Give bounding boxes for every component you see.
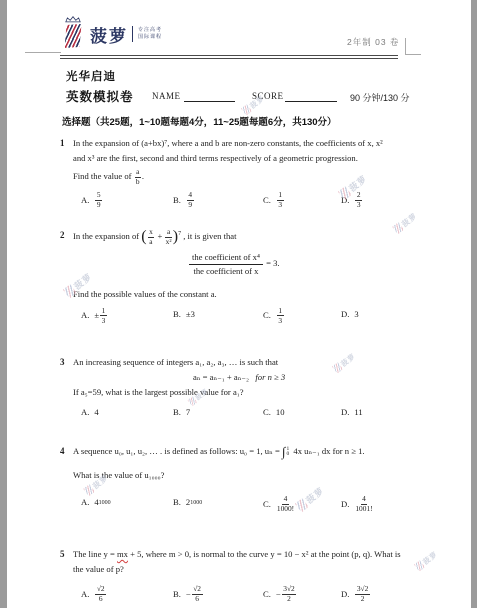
option-d: D.23 <box>341 191 363 209</box>
option-c: C.−3√22 <box>263 585 297 603</box>
question-text: In the expansion of (a+bx)⁷, where a and… <box>73 136 448 151</box>
question-number: 2 <box>60 228 65 243</box>
question-1: 1 In the expansion of (a+bx)⁷, where a a… <box>60 136 448 211</box>
question-number: 3 <box>60 355 65 370</box>
corner-cropmark-vertical <box>405 38 406 55</box>
options-row: A.4 B.7 C.10 D.11 <box>73 405 448 425</box>
option-a: A.41000 <box>81 495 111 510</box>
option-a: A.±13 <box>81 307 108 325</box>
name-label: NAME <box>152 91 181 101</box>
option-d: D.3√22 <box>341 585 371 603</box>
option-fraction: 13 <box>100 307 107 325</box>
header-double-rule <box>60 55 398 59</box>
logo-divider <box>132 26 133 42</box>
option-b: B.±3 <box>173 307 195 322</box>
options-row: A.±13 B.±3 C.13 D.3 <box>73 307 448 327</box>
header-boundary-tick <box>25 52 61 53</box>
recurrence-equation: aₙ = aₙ₋₁ + aₙ₋₂ for n ≥ 3 <box>193 370 448 385</box>
question-text: In the expansion of (xa + ax²)7 , it is … <box>73 228 448 246</box>
displayed-equation: the coefficient of x⁴the coefficient of … <box>188 252 448 277</box>
exponent: 7 <box>178 231 181 237</box>
options-row: A.√26 B.−√26 C.−3√22 D.3√22 <box>73 585 448 605</box>
question-2: 2 In the expansion of (xa + ax²)7 , it i… <box>60 228 448 327</box>
name-blank-line <box>184 101 235 102</box>
option-fraction: √26 <box>192 585 203 603</box>
question-text: What is the value of u₁₀₀₀? <box>73 468 448 483</box>
option-d: D.3 <box>341 307 359 322</box>
option-d: D.11 <box>341 405 363 420</box>
option-b: B.7 <box>173 405 190 420</box>
option-fraction: √26 <box>95 585 106 603</box>
option-a: A.4 <box>81 405 99 420</box>
question-5: 5 The line y = mx + 5, where m > 0, is n… <box>60 547 448 605</box>
score-blank-line <box>285 101 337 102</box>
corner-cropmark-horizontal <box>405 54 421 55</box>
option-b: B.−√26 <box>173 585 204 603</box>
paper-title: 英数模拟卷 <box>66 87 134 105</box>
option-fraction: 49 <box>187 191 194 209</box>
question-text: the value of p? <box>73 562 448 577</box>
question-number: 4 <box>60 444 65 459</box>
options-row: A.59 B.49 C.13 D.23 <box>73 191 448 211</box>
score-label: SCORE <box>252 91 284 101</box>
org-title: 光华启迪 <box>66 68 116 84</box>
duration-label: 90 分钟/130 分 <box>350 91 410 104</box>
option-fraction: 23 <box>355 191 362 209</box>
tagline-line2: 国际课程 <box>138 34 162 41</box>
question-text: Find the possible values of the constant… <box>73 287 448 302</box>
question-4: 4 A sequence u₀, u₁, u₂, … . is defined … <box>60 444 448 515</box>
spellcheck-squiggle-text: mx <box>117 549 128 559</box>
option-fraction: 13 <box>277 307 284 325</box>
option-fraction: 41001! <box>355 495 372 513</box>
fraction-x-over-a: xa <box>148 228 155 246</box>
fraction-a-over-x2: ax² <box>165 228 171 246</box>
option-fraction: 59 <box>95 191 102 209</box>
question-text: An increasing sequence of integers a₁, a… <box>73 355 448 370</box>
option-fraction: 13 <box>277 191 284 209</box>
integral-expression: ∫ 10 <box>282 447 291 458</box>
question-text: Find the value of ab. <box>73 168 448 186</box>
options-row: A.41000 B.21000 C.41000! D.41001! <box>73 495 448 515</box>
paper-title-row: 英数模拟卷 NAME SCORE 90 分钟/130 分 <box>66 87 426 103</box>
logo-crown-icon <box>65 16 81 23</box>
question-number: 1 <box>60 136 65 151</box>
option-c: C.10 <box>263 405 284 420</box>
question-text: If a₅=59, what is the largest possible v… <box>73 385 448 400</box>
option-d: D.41001! <box>341 495 374 513</box>
coefficient-ratio-fraction: the coefficient of x⁴the coefficient of … <box>189 252 263 277</box>
integral-sign: ∫ <box>282 447 286 457</box>
option-fraction: 41000! <box>277 495 294 513</box>
option-a: A.59 <box>81 191 103 209</box>
option-b: B.49 <box>173 191 195 209</box>
option-b: B.21000 <box>173 495 202 510</box>
question-text: and x³ are the first, second and third t… <box>73 151 448 166</box>
question-number: 5 <box>60 547 65 562</box>
option-fraction: 3√22 <box>282 585 296 603</box>
question-3: 3 An increasing sequence of integers a₁,… <box>60 355 448 425</box>
tagline-line1: 专注高考 <box>138 27 162 34</box>
option-c: C.41000! <box>263 495 295 513</box>
option-fraction: 3√22 <box>355 585 369 603</box>
logo-wordmark: 菠萝 <box>90 22 128 47</box>
question-text: A sequence u₀, u₁, u₂, … . is defined as… <box>73 444 448 459</box>
logo-stripes <box>65 24 82 48</box>
option-c: C.13 <box>263 307 285 325</box>
binomial-expression: (xa + ax²)7 <box>141 231 183 241</box>
logo-tagline: 专注高考 国际课程 <box>138 27 162 41</box>
option-c: C.13 <box>263 191 285 209</box>
brand-logo: 菠萝 专注高考 国际课程 <box>61 16 162 52</box>
logo-shield-icon <box>61 16 85 52</box>
edition-label: 2年制 03 卷 <box>347 36 399 48</box>
option-a: A.√26 <box>81 585 107 603</box>
question-text: The line y = mx + 5, where m > 0, is nor… <box>73 547 448 562</box>
exam-paper-page: 菠萝 专注高考 国际课程 2年制 03 卷 光华启迪 英数模拟卷 NAME SC… <box>7 0 471 608</box>
fraction-a-over-b: ab <box>135 168 141 186</box>
section-heading: 选择题（共25题，1~10题每题4分，11~25题每题6分，共130分） <box>62 114 337 128</box>
